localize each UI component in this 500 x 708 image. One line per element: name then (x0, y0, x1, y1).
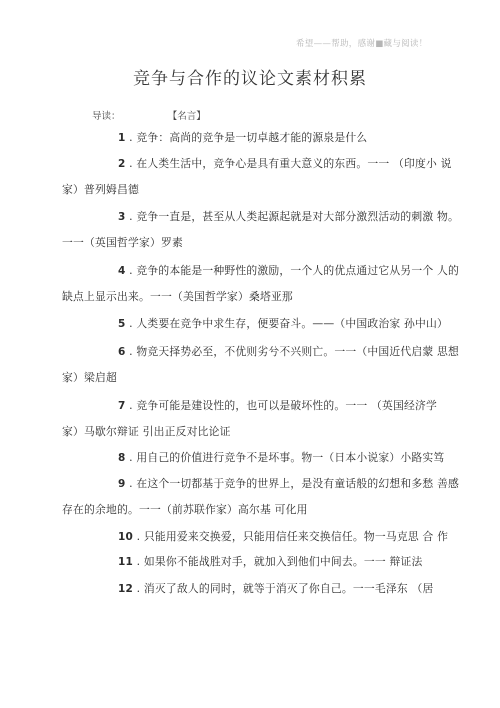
quote-number: 5 (118, 318, 126, 330)
quote-line: 11 . 如果你不能战胜对手，就加入到他们中间去。一一 辩证法 (118, 554, 422, 569)
quote-number: 3 (118, 211, 126, 223)
quote-continuation: 缺点上显示出来。一一（美国哲学家）桑塔亚那 (62, 289, 293, 304)
quote-text: 家）普列姆昌德 (62, 183, 139, 196)
quote-number: 1 (118, 132, 126, 144)
quote-number: 12 (118, 583, 133, 595)
section-tag: 【名言】 (173, 111, 206, 122)
quote-line: 9 . 在这个一切都基于竞争的世界上，是没有童话般的幻想和多愁 善感 (118, 476, 459, 491)
quote-line: 1 . 竞争：高尚的竞争是一切卓越才能的源泉是什么 (118, 130, 367, 145)
quote-continuation: 一一（英国哲学家）罗素 (62, 235, 183, 250)
quote-text: . 消灭了敌人的同时，就等于消灭了你自己。一一毛泽东 （居 (133, 582, 433, 595)
quote-text: 家）马歇尔辩证 引出正反对比论证 (62, 425, 231, 438)
intro-label: 导读： (92, 111, 121, 122)
quote-text: . 竞争：高尚的竞争是一切卓越才能的源泉是什么 (126, 131, 368, 144)
quote-number: 7 (118, 400, 126, 412)
quote-number: 4 (118, 265, 126, 277)
quote-number: 9 (118, 478, 126, 490)
quote-continuation: 家）马歇尔辩证 引出正反对比论证 (62, 424, 231, 439)
quote-line: 12 . 消灭了敌人的同时，就等于消灭了你自己。一一毛泽东 （居 (118, 581, 433, 596)
quote-line: 6 . 物竞天择势必至，不优则劣兮不兴则亡。一一（中国近代启蒙 思想 (118, 344, 459, 359)
quote-text: . 人类要在竞争中求生存，便要奋斗。——（中国政治家 孙中山） (126, 317, 448, 330)
quote-number: 11 (118, 556, 133, 568)
quote-number: 10 (118, 531, 133, 543)
quote-text: . 如果你不能战胜对手，就加入到他们中间去。一一 辩证法 (133, 555, 422, 568)
quote-text: . 竞争一直是，甚至从人类起源起就是对大部分激烈活动的刺激 物。 (126, 210, 459, 223)
quote-line: 2 . 在人类生活中，竞争心是具有重大意义的东西。一一 （印度小 说 (118, 156, 452, 171)
quote-line: 4 . 竞争的本能是一种野性的激励，一个人的优点通过它从另一个 人的 (118, 263, 459, 278)
quote-line: 7 . 竞争可能是建设性的，也可以是破坏性的。一一 （英国经济学 (118, 398, 437, 413)
quote-line: 3 . 竞争一直是，甚至从人类起源起就是对大部分激烈活动的刺激 物。 (118, 209, 459, 224)
quote-number: 6 (118, 346, 126, 358)
document-title: 竞争与合作的议论文素材积累 (0, 64, 500, 89)
quote-text: 缺点上显示出来。一一（美国哲学家）桑塔亚那 (62, 290, 293, 303)
quote-number: 2 (118, 158, 126, 170)
quote-text: 家）梁启超 (62, 371, 117, 384)
quote-text: . 竞争的本能是一种野性的激励，一个人的优点通过它从另一个 人的 (126, 264, 459, 277)
quote-text: 存在的余地的。一一（前苏联作家）高尔基 可化用 (62, 503, 308, 516)
quote-line: 5 . 人类要在竞争中求生存，便要奋斗。——（中国政治家 孙中山） (118, 316, 448, 331)
quote-text: . 用自己的价值进行竞争不是坏事。物一（日本小说家）小路实笃 (126, 451, 445, 464)
quote-text: . 在这个一切都基于竞争的世界上，是没有童话般的幻想和多愁 善感 (126, 477, 459, 490)
quote-number: 8 (118, 452, 126, 464)
quote-text: . 在人类生活中，竞争心是具有重大意义的东西。一一 （印度小 说 (126, 157, 452, 170)
intro-row: 导读：【名言】 (92, 108, 206, 122)
quote-text: 一一（英国哲学家）罗素 (62, 236, 183, 249)
quote-line: 10 . 只能用爱来交换爱，只能用信任来交换信任。物一马克思 合 作 (118, 529, 448, 544)
quote-continuation: 存在的余地的。一一（前苏联作家）高尔基 可化用 (62, 502, 308, 517)
quote-text: . 只能用爱来交换爱，只能用信任来交换信任。物一马克思 合 作 (133, 530, 448, 543)
quote-continuation: 家）梁启超 (62, 370, 117, 385)
quote-continuation: 家）普列姆昌德 (62, 182, 139, 197)
quote-line: 8 . 用自己的价值进行竞争不是坏事。物一（日本小说家）小路实笃 (118, 450, 444, 465)
quote-text: . 物竞天择势必至，不优则劣兮不兴则亡。一一（中国近代启蒙 思想 (126, 345, 459, 358)
quote-text: . 竞争可能是建设性的，也可以是破坏性的。一一 （英国经济学 (126, 399, 437, 412)
header-watermark: 希望——帮助，感谢■藏与阅读！ (296, 37, 466, 49)
